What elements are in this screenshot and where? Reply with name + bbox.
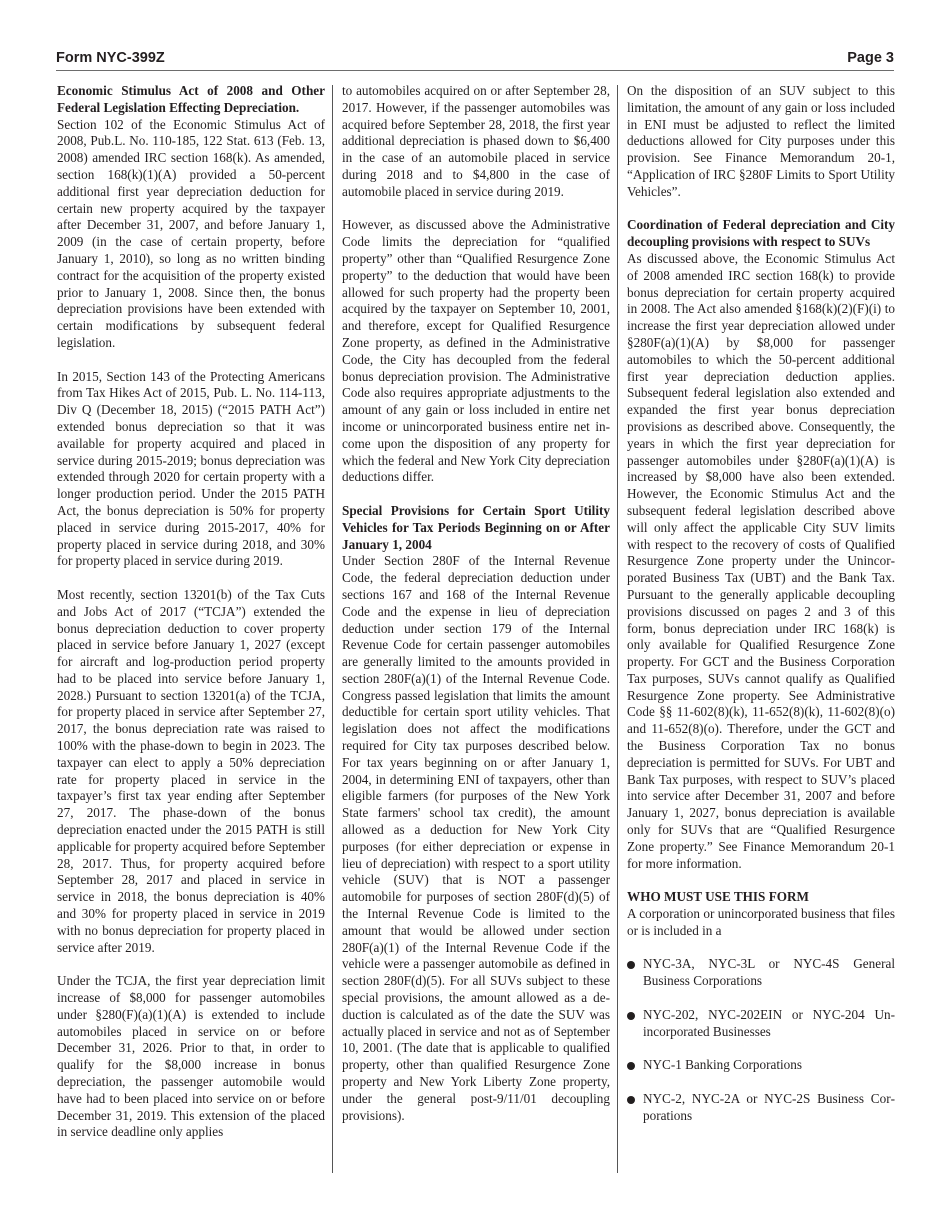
list-item: NYC-3A, NYC-3L or NYC-4S General Busines… (627, 956, 895, 990)
section-heading-economic-stimulus: Economic Stimulus Act of 2008 and Other … (57, 83, 325, 117)
header-rule (56, 70, 894, 71)
paragraph: to automobiles acquired on or after Sept… (342, 83, 610, 201)
bullet-icon (627, 961, 635, 969)
list-item: NYC-202, NYC-202EIN or NYC-204 Un­incorp… (627, 1007, 895, 1041)
paragraph: In 2015, Section 143 of the Protecting A… (57, 369, 325, 571)
paragraph: On the disposition of an SUV subject to … (627, 83, 895, 201)
paragraph: However, as discussed above the Administ… (342, 217, 610, 486)
column-divider (617, 85, 618, 1173)
column-1: Economic Stimulus Act of 2008 and Other … (57, 83, 325, 1141)
column-divider (332, 85, 333, 1173)
paragraph: Most recently, section 13201(b) of the T… (57, 587, 325, 957)
paragraph: Section 102 of the Economic Stimulus Act… (57, 117, 325, 352)
bullet-icon (627, 1062, 635, 1070)
list-item: NYC-2, NYC-2A or NYC-2S Business Cor­por… (627, 1091, 895, 1125)
paragraph: A corporation or unincorporated business… (627, 906, 895, 940)
section-heading-coordination: Coordination of Federal depreciation and… (627, 217, 895, 251)
paragraph: As discussed above, the Economic Stimulu… (627, 251, 895, 872)
paragraph: Under the TCJA, the first year depreciat… (57, 973, 325, 1141)
paragraph: Under Section 280F of the Internal Reven… (342, 553, 610, 1124)
column-2: to automobiles acquired on or after Sept… (342, 83, 610, 1124)
form-id: Form NYC-399Z (56, 50, 165, 66)
column-3: On the disposition of an SUV subject to … (627, 83, 895, 1141)
page-number: Page 3 (847, 50, 894, 66)
bullet-icon (627, 1096, 635, 1104)
section-heading-who-must-use: WHO MUST USE THIS FORM (627, 889, 895, 906)
section-heading-suv-provisions: Special Provisions for Certain Sport Uti… (342, 503, 610, 553)
page-header: Form NYC-399Z Page 3 (56, 50, 894, 70)
bullet-icon (627, 1012, 635, 1020)
list-item: NYC-1 Banking Corporations (627, 1057, 895, 1074)
form-type-list: NYC-3A, NYC-3L or NYC-4S General Busines… (627, 956, 895, 1124)
